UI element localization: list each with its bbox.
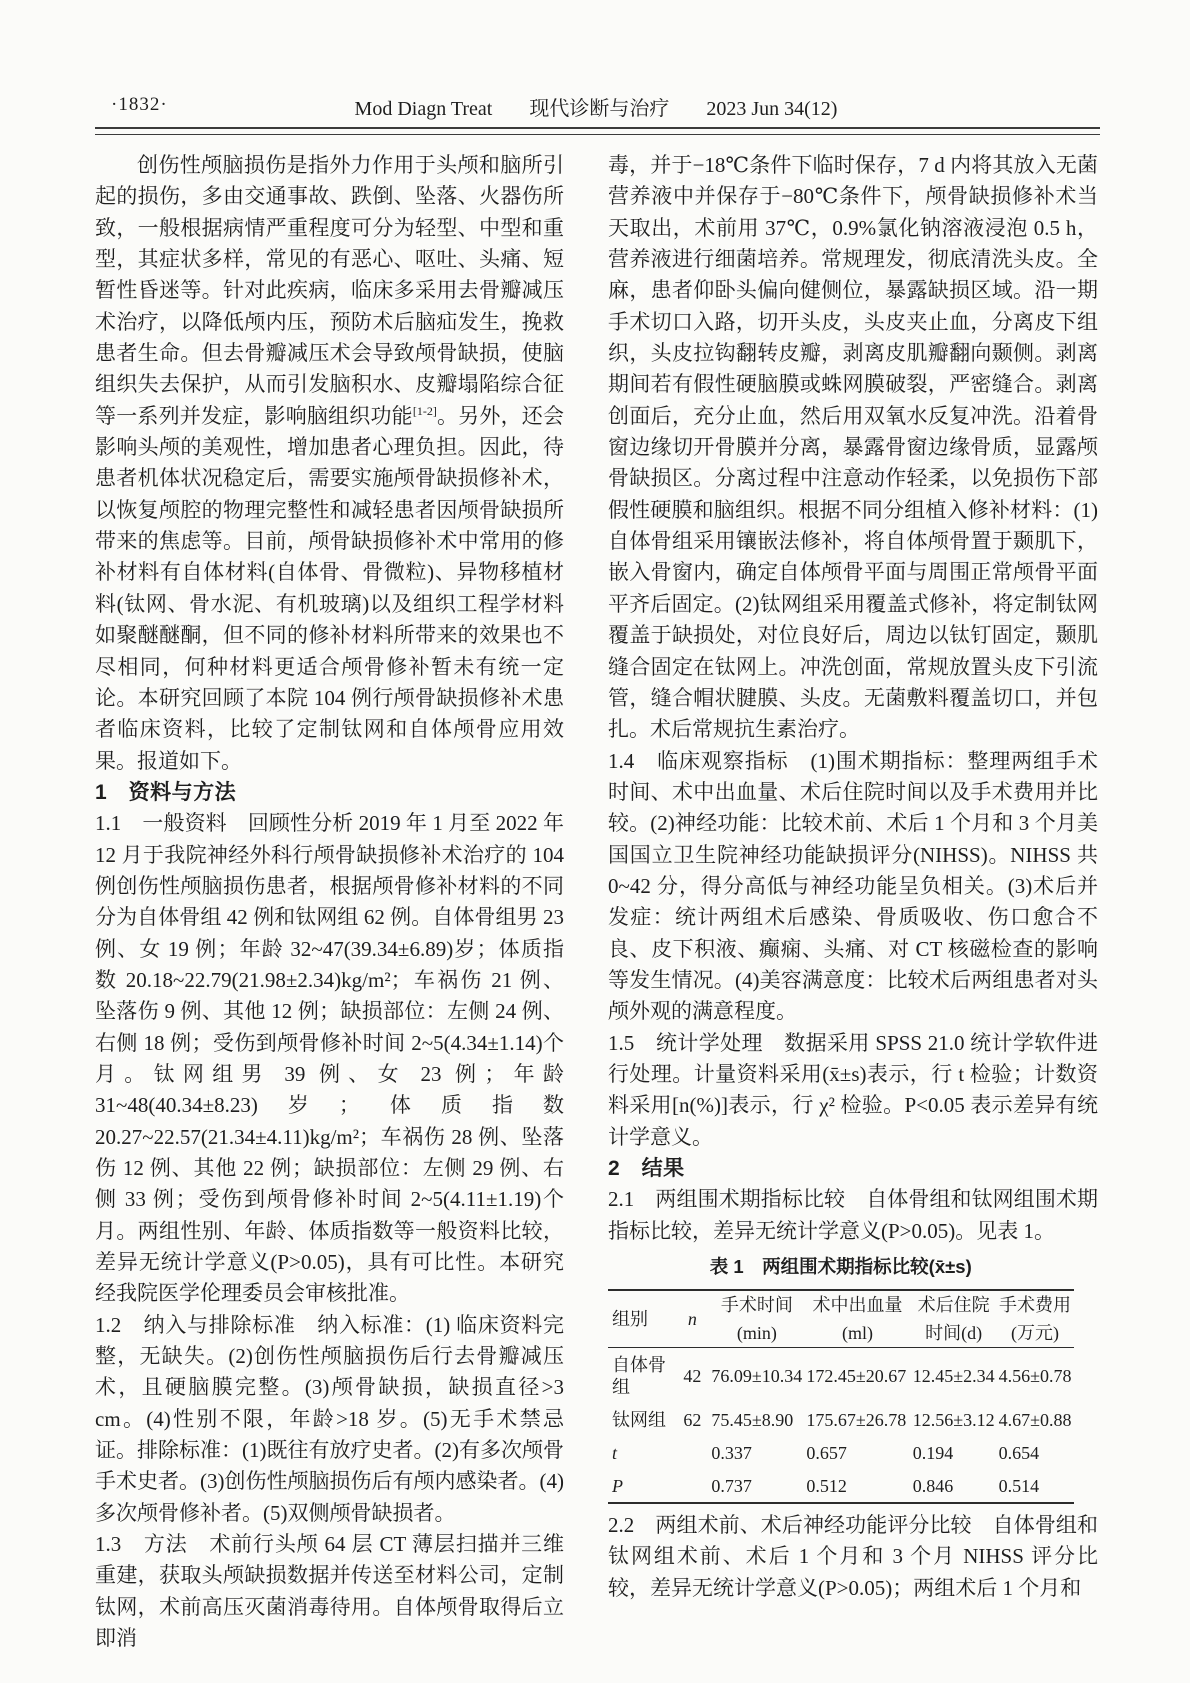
table-cell: 12.56±3.12 — [911, 1403, 997, 1436]
table-cell: t — [608, 1436, 675, 1469]
table-cell — [675, 1436, 709, 1469]
table-cell: 76.09±10.34 — [709, 1348, 804, 1404]
perioperative-comparison-paragraph: 2.1 两组围术期指标比较 自体骨组和钛网组围术期指标比较，差异无统计学意义(P… — [608, 1184, 1098, 1247]
page-header: ·1832· Mod Diagn Treat 现代诊断与治疗 2023 Jun … — [95, 92, 1097, 120]
table-row: P 0.737 0.512 0.846 0.514 — [608, 1469, 1074, 1503]
table-cell: 0.512 — [804, 1469, 910, 1503]
method-paragraph: 1.3 方法 术前行头颅 64 层 CT 薄层扫描并三维重建，获取头颅缺损数据并… — [95, 1529, 564, 1654]
column-header-blood-loss: 术中出血量 — [804, 1290, 910, 1319]
table-1-title: 表 1 两组围术期指标比较(x̄±s) — [608, 1255, 1074, 1279]
table-cell: 12.45±2.34 — [911, 1348, 997, 1404]
nihss-comparison-paragraph: 2.2 两组术前、术后神经功能评分比较 自体骨组和钛网组术前、术后 1 个月和 … — [608, 1510, 1098, 1604]
column-header-hospital-stay: 术后住院 — [911, 1290, 997, 1319]
journal-issue: 2023 Jun 34(12) — [706, 98, 837, 120]
table-cell: 0.194 — [911, 1436, 997, 1469]
table-cell: 钛网组 — [608, 1403, 675, 1436]
table-cell: 0.657 — [804, 1436, 910, 1469]
table-cell: 自体骨组 — [608, 1348, 675, 1404]
intro-text-2: 。另外，还会影响头颅的美观性，增加患者心理负担。因此，待患者机体状况稳定后，需要… — [95, 404, 564, 773]
table-1-body: 自体骨组 42 76.09±10.34 172.45±20.67 12.45±2… — [608, 1348, 1074, 1504]
table-cell: 62 — [675, 1403, 709, 1436]
right-column: 毒，并于−18℃条件下临时保存，7 d 内将其放入无菌营养液中并保存于−80℃条… — [608, 150, 1098, 1655]
table-cell — [675, 1469, 709, 1503]
table-cell: 172.45±20.67 — [804, 1348, 910, 1404]
table-cell: 75.45±8.90 — [709, 1403, 804, 1436]
general-data-paragraph: 1.1 一般资料 回顾性分析 2019 年 1 月至 2022 年 12 月于我… — [95, 808, 564, 1310]
section-heading-results: 2 结果 — [608, 1153, 1098, 1184]
table-1-header: 组别 n 手术时间 术中出血量 术后住院 手术费用 (min) (ml) 时间(… — [608, 1290, 1074, 1348]
column-header-blood-loss-unit: (ml) — [804, 1319, 910, 1348]
table-cell: 0.514 — [997, 1469, 1074, 1503]
table-1: 组别 n 手术时间 术中出血量 术后住院 手术费用 (min) (ml) 时间(… — [608, 1289, 1074, 1504]
journal-title-en: Mod Diagn Treat — [355, 98, 493, 120]
intro-text-1: 创伤性颅脑损伤是指外力作用于头颅和脑所引起的损伤，多由交通事故、跌倒、坠落、火器… — [95, 153, 564, 428]
table-cell: 4.56±0.78 — [997, 1348, 1074, 1404]
method-continuation-paragraph: 毒，并于−18℃条件下临时保存，7 d 内将其放入无菌营养液中并保存于−80℃条… — [608, 150, 1098, 746]
article-body: 创伤性颅脑损伤是指外力作用于头颅和脑所引起的损伤，多由交通事故、跌倒、坠落、火器… — [95, 150, 1098, 1655]
column-header-operation-time: 手术时间 — [709, 1290, 804, 1319]
reference-marker: [1-2] — [413, 404, 437, 418]
observation-index-paragraph: 1.4 临床观察指标 (1)围术期指标：整理两组手术时间、术中出血量、术后住院时… — [608, 746, 1098, 1028]
column-header-hospital-stay-unit: 时间(d) — [911, 1319, 997, 1348]
intro-paragraph: 创伤性颅脑损伤是指外力作用于头颅和脑所引起的损伤，多由交通事故、跌倒、坠落、火器… — [95, 150, 564, 777]
column-header-operation-time-unit: (min) — [709, 1319, 804, 1348]
column-header-n: n — [675, 1290, 709, 1348]
journal-title-cn: 现代诊断与治疗 — [529, 98, 669, 120]
left-column: 创伤性颅脑损伤是指外力作用于头颅和脑所引起的损伤，多由交通事故、跌倒、坠落、火器… — [95, 150, 564, 1655]
table-cell: 175.67±26.78 — [804, 1403, 910, 1436]
journal-title-line: Mod Diagn Treat 现代诊断与治疗 2023 Jun 34(12) — [95, 92, 1097, 121]
page: ·1832· Mod Diagn Treat 现代诊断与治疗 2023 Jun … — [0, 0, 1190, 1683]
table-row: 自体骨组 42 76.09±10.34 172.45±20.67 12.45±2… — [608, 1348, 1074, 1404]
section-heading-methods: 1 资料与方法 — [95, 777, 564, 808]
column-header-cost-unit: (万元) — [997, 1319, 1074, 1348]
table-cell: 0.846 — [911, 1469, 997, 1503]
column-header-group: 组别 — [608, 1290, 675, 1348]
column-header-cost: 手术费用 — [997, 1290, 1074, 1319]
table-row: 钛网组 62 75.45±8.90 175.67±26.78 12.56±3.1… — [608, 1403, 1074, 1436]
table-cell: 0.654 — [997, 1436, 1074, 1469]
header-rule — [95, 127, 1100, 135]
table-1-block: 表 1 两组围术期指标比较(x̄±s) 组别 n 手术时间 术中出血量 术后住院… — [608, 1255, 1098, 1504]
table-row: t 0.337 0.657 0.194 0.654 — [608, 1436, 1074, 1469]
inclusion-exclusion-paragraph: 1.2 纳入与排除标准 纳入标准：(1) 临床资料完整，无缺失。(2)创伤性颅脑… — [95, 1310, 564, 1529]
statistics-paragraph: 1.5 统计学处理 数据采用 SPSS 21.0 统计学软件进行处理。计量资料采… — [608, 1028, 1098, 1153]
table-header-row-1: 组别 n 手术时间 术中出血量 术后住院 手术费用 — [608, 1290, 1074, 1319]
table-cell: 0.337 — [709, 1436, 804, 1469]
table-cell: 0.737 — [709, 1469, 804, 1503]
page-number: ·1832· — [111, 94, 168, 116]
table-cell: 4.67±0.88 — [997, 1403, 1074, 1436]
table-cell: 42 — [675, 1348, 709, 1404]
table-cell: P — [608, 1469, 675, 1503]
